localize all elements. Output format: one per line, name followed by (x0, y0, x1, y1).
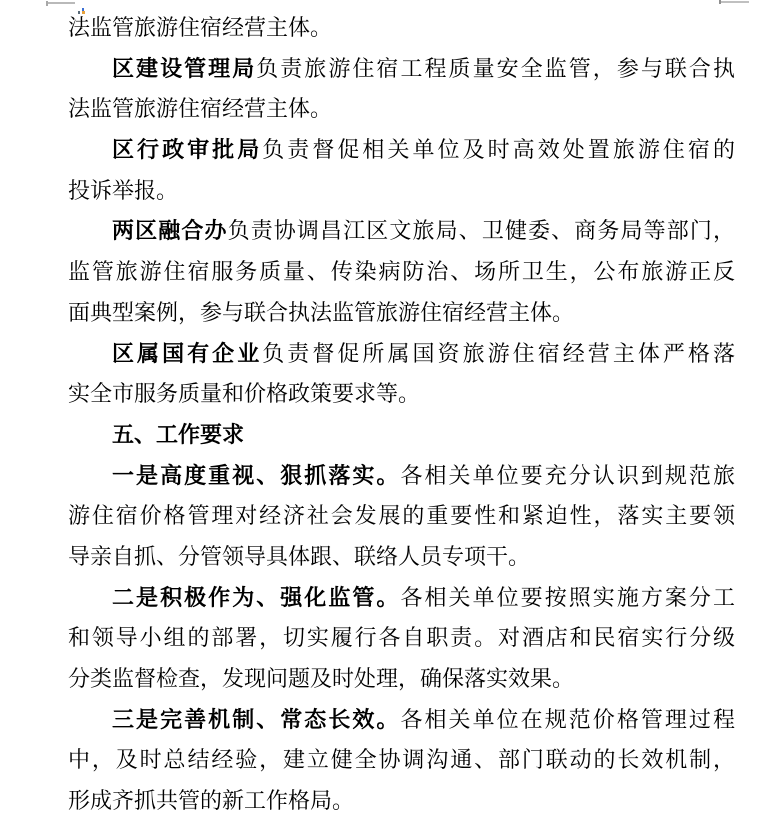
page-top-left-mark-tick (46, 1, 48, 6)
text-run: 负责协调昌江区文旅局、卫健委、商务局等部门， (228, 218, 735, 243)
document-line: 形成齐抓共管的新工作格局。 (68, 781, 735, 822)
document-line: 两区融合办负责协调昌江区文旅局、卫健委、商务局等部门， (68, 211, 735, 252)
document-line: 中，及时总结经验，建立健全协调沟通、部门联动的长效机制， (68, 740, 735, 781)
text-run: 游住宿价格管理对经济社会发展的重要性和紧迫性，落实主要领 (68, 503, 735, 528)
text-run: 投诉举报。 (68, 178, 178, 203)
text-run: 各相关单位要充分认识到规范旅 (400, 463, 735, 488)
bold-text-run: 五、工作要求 (112, 422, 244, 447)
text-run: 导亲自抓、分管领导具体跟、联络人员专项干。 (68, 544, 530, 569)
text-run: 法监管旅游住宿经营主体。 (68, 15, 332, 40)
document-line: 和领导小组的部署，切实履行各自职责。对酒店和民宿实行分级 (68, 618, 735, 659)
document-line: 区建设管理局负责旅游住宿工程质量安全监管，参与联合执 (68, 49, 735, 90)
bold-text-run: 两区融合办 (112, 218, 228, 243)
text-run: 实全市服务质量和价格政策要求等。 (68, 381, 420, 406)
page-top-right-mark-nub (719, 0, 721, 4)
text-run: 中，及时总结经验，建立健全协调沟通、部门联动的长效机制， (68, 747, 735, 772)
text-run: 和领导小组的部署，切实履行各自职责。对酒店和民宿实行分级 (68, 625, 735, 650)
document-line: 法监管旅游住宿经营主体。 (68, 89, 735, 130)
document-line: 区属国有企业负责督促所属国资旅游住宿经营主体严格落 (68, 334, 735, 375)
document-page: 法监管旅游住宿经营主体。区建设管理局负责旅游住宿工程质量安全监管，参与联合执法监… (0, 0, 777, 839)
text-run: 面典型案例，参与联合执法监管旅游住宿经营主体。 (68, 300, 574, 325)
text-run: 法监管旅游住宿经营主体。 (68, 96, 332, 121)
document-line: 三是完善机制、常态长效。各相关单位在规范价格管理过程 (68, 700, 735, 741)
text-run: 监管旅游住宿服务质量、传染病防治、场所卫生，公布旅游正反 (68, 259, 735, 284)
page-top-left-mark (47, 2, 75, 4)
document-line: 二是积极作为、强化监管。各相关单位要按照实施方案分工 (68, 578, 735, 619)
text-run: 形成齐抓共管的新工作格局。 (68, 788, 354, 813)
document-line: 面典型案例，参与联合执法监管旅游住宿经营主体。 (68, 293, 735, 334)
bold-text-run: 区行政审批局 (112, 137, 262, 162)
text-run: 分类监督检查，发现问题及时处理，确保落实效果。 (68, 666, 574, 691)
section-heading: 五、工作要求 (68, 415, 735, 456)
text-run: 各相关单位在规范价格管理过程 (400, 707, 735, 732)
text-run: 负责督促相关单位及时高效处置旅游住宿的 (262, 137, 735, 162)
document-line: 一是高度重视、狠抓落实。各相关单位要充分认识到规范旅 (68, 456, 735, 497)
document-line: 投诉举报。 (68, 171, 735, 212)
bold-text-run: 一是高度重视、狠抓落实。 (112, 463, 400, 488)
document-line: 分类监督检查，发现问题及时处理，确保落实效果。 (68, 659, 735, 700)
text-run: 负责旅游住宿工程质量安全监管，参与联合执 (256, 56, 735, 81)
text-run: 负责督促所属国资旅游住宿经营主体严格落 (262, 341, 735, 366)
document-line: 区行政审批局负责督促相关单位及时高效处置旅游住宿的 (68, 130, 735, 171)
text-run: 各相关单位要按照实施方案分工 (400, 585, 735, 610)
page-top-right-mark (719, 1, 749, 3)
document-line: 实全市服务质量和价格政策要求等。 (68, 374, 735, 415)
bold-text-run: 区建设管理局 (112, 56, 256, 81)
document-line: 监管旅游住宿服务质量、传染病防治、场所卫生，公布旅游正反 (68, 252, 735, 293)
document-line: 导亲自抓、分管领导具体跟、联络人员专项干。 (68, 537, 735, 578)
bold-text-run: 二是积极作为、强化监管。 (112, 585, 400, 610)
bold-text-run: 区属国有企业 (112, 341, 262, 366)
bold-text-run: 三是完善机制、常态长效。 (112, 707, 400, 732)
document-line: 游住宿价格管理对经济社会发展的重要性和紧迫性，落实主要领 (68, 496, 735, 537)
document-line: 法监管旅游住宿经营主体。 (68, 8, 735, 49)
document-body: 法监管旅游住宿经营主体。区建设管理局负责旅游住宿工程质量安全监管，参与联合执法监… (68, 8, 735, 822)
